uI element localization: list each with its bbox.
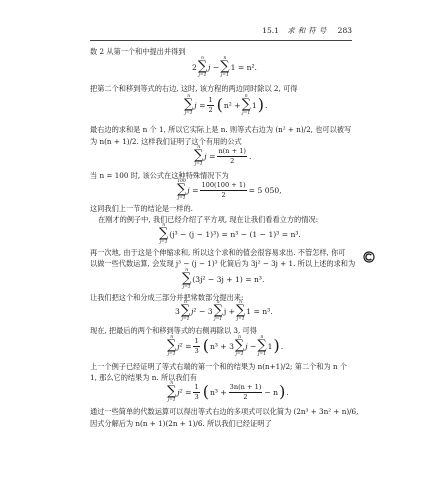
sum-symbol: n∑j=1 (236, 300, 245, 322)
term: n³ + (210, 388, 227, 397)
rhs: = 5 050, (249, 186, 282, 195)
paren: ( (203, 338, 209, 354)
equation-9: n∑j=1 j² = 13 ( n³ + 3n(n + 1)2 − n ) . (166, 381, 289, 403)
punct: . (265, 101, 267, 110)
punct: . (281, 342, 283, 351)
equation-2: n∑j=1 j = 12 ( n² + n∑j=1 1 ) . (183, 94, 267, 116)
fraction: 100(100 + 1)2 (200, 182, 246, 198)
equation-8: n∑j=1 j² = 13 ( n³ + 3 n∑j=1 j − n∑j=1 1… (166, 335, 283, 357)
term: 1 (231, 63, 236, 72)
equation-7: 3 n∑j=1 j² − 3 n∑j=1 j + n∑j=1 1 = n³. (175, 300, 273, 322)
fraction: n(n + 1)2 (217, 148, 247, 164)
equation-6: n∑j=1 (3j² − 3j + 1) = n³. (181, 268, 264, 290)
text-line: 最右边的求和是 n 个 1, 所以它实际上是 n. 则等式右边为 (n² + n… (90, 125, 351, 135)
sum-symbol: n∑j=1 (194, 145, 203, 167)
equation-4: 100∑j=1 j = 100(100 + 1)2 = 5 050, (176, 179, 282, 201)
section-number: 15.1 (262, 26, 279, 35)
text-line: 数 2 从第一个和中提出并得到 (90, 47, 185, 57)
sum-symbol: n∑j=1 (182, 268, 191, 290)
operator: − (213, 63, 219, 72)
page-header: 15.1 求和符号 283 (90, 26, 352, 41)
circle-c-icon (363, 251, 375, 263)
term: j + (224, 307, 235, 316)
sum-symbol: n∑j=1 (167, 335, 176, 357)
operator: = (185, 388, 191, 397)
header-text: 15.1 求和符号 283 (262, 26, 352, 36)
term: j² (177, 342, 182, 351)
paren: ) (273, 338, 279, 354)
term: n² + (224, 101, 241, 110)
term: 1 (268, 342, 273, 351)
operator: = (199, 101, 205, 110)
page-number: 283 (338, 26, 352, 35)
term: j (187, 186, 189, 195)
punct: . (249, 152, 251, 161)
term: j² (191, 307, 196, 316)
text-line: 上一个例子已经证明了等式右端的第一个和的结果为 n(n+1)/2; 第二个和为 … (90, 362, 347, 372)
paren: ) (279, 384, 285, 400)
paren: ) (258, 97, 264, 113)
sum-symbol: n∑j=1 (167, 381, 176, 403)
paren: ( (203, 384, 209, 400)
operator: = (185, 342, 191, 351)
sum-symbol: n∑j=1 (220, 56, 229, 78)
term: 1 = n³. (246, 307, 272, 316)
term: j (208, 63, 210, 72)
text-line: 再一次地, 由于这是个伸缩求和, 所以这个求和的值会很容易求出. 不管怎样, 你… (90, 248, 345, 258)
fraction: 3n(n + 1)2 (229, 384, 263, 400)
text-line: 这同我们上一节的结论是一样的. (90, 204, 193, 214)
term: j − (245, 342, 256, 351)
sum-symbol: n∑j=1 (242, 94, 251, 116)
text-line: 通过一些简单的代数运算可以得出等式右边的多项式可以化简为 (2n³ + 3n² … (90, 407, 358, 417)
rhs: = n². (238, 63, 257, 72)
term: j (194, 101, 196, 110)
sum-symbol: n∑j=1 (184, 94, 193, 116)
equation-3: n∑j=1 j = n(n + 1)2 . (193, 145, 251, 167)
paren: ( (217, 97, 223, 113)
equation-5: n∑j=1 (j³ − (j − 1)³) = n³ − (1 − 1)³ = … (158, 223, 301, 245)
term: (j³ − (j − 1)³) = n³ − (1 − 1)³ = n³. (169, 230, 301, 239)
term: (3j² − 3j + 1) = n³. (192, 275, 264, 284)
term: 1 (252, 101, 257, 110)
sum-symbol: n∑j=1 (159, 223, 168, 245)
text-line: 因式分解后为 n(n + 1)(2n + 1)/6. 所以我们已经证明了 (90, 419, 272, 429)
equation-1: 2 n∑j=1 j − n∑j=1 1 = n². (192, 56, 257, 78)
fraction: 12 (207, 97, 213, 113)
fraction: 13 (193, 338, 199, 354)
book-page: 15.1 求和符号 283 数 2 从第一个和中提出并得到 2 n∑j=1 j … (0, 0, 424, 480)
term: − n (264, 388, 278, 397)
operator: = (209, 152, 215, 161)
section-title: 求和符号 (287, 26, 329, 35)
operator: − 3 (199, 307, 213, 316)
term: j (204, 152, 206, 161)
coef: 3 (175, 307, 180, 316)
sum-symbol: n∑j=1 (257, 335, 266, 357)
sum-symbol: n∑j=1 (198, 56, 207, 78)
sum-symbol: n∑j=1 (214, 300, 223, 322)
fraction: 13 (193, 384, 199, 400)
sum-symbol: 100∑j=1 (177, 179, 186, 201)
operator: = (192, 186, 198, 195)
coef: 2 (192, 63, 197, 72)
punct: . (286, 388, 288, 397)
sum-symbol: n∑j=1 (235, 335, 244, 357)
term: n³ + 3 (210, 342, 234, 351)
term: j² (177, 388, 182, 397)
sum-symbol: n∑j=1 (181, 300, 190, 322)
text-line: 把第二个和移到等式的右边, 这时, 该方程的两边同时除以 2, 可得 (90, 84, 297, 94)
